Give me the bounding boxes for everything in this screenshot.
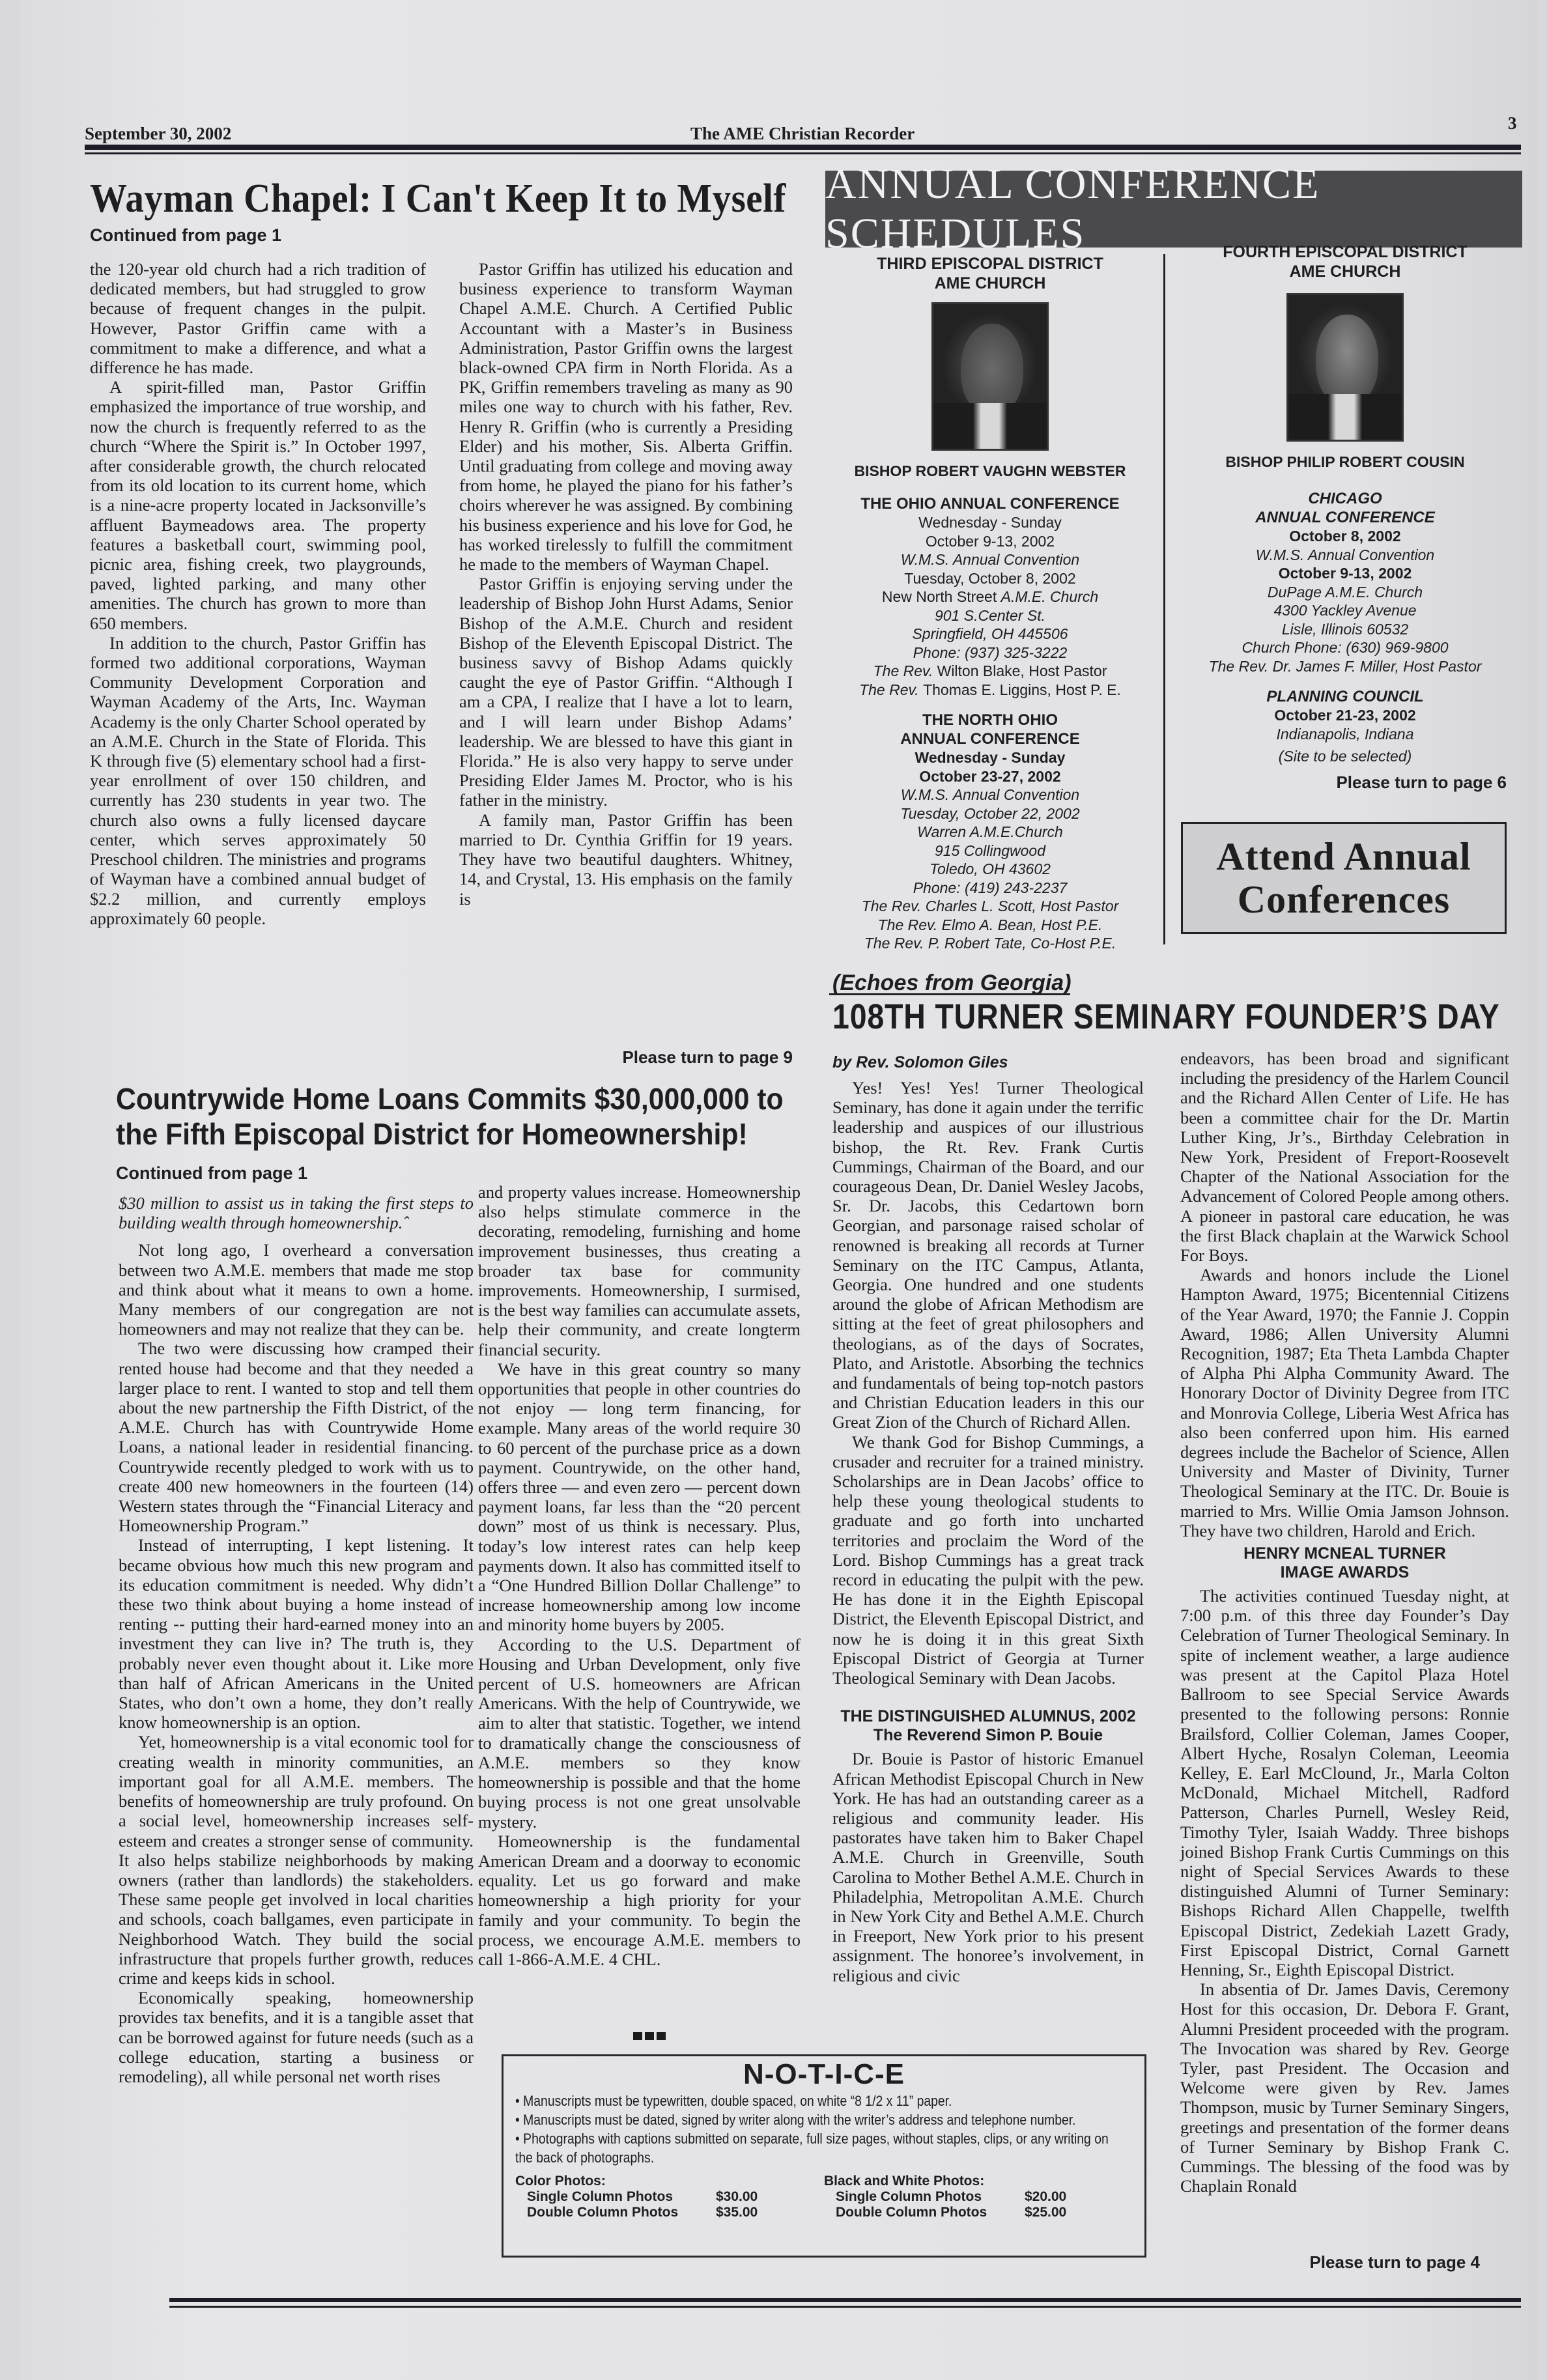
wms-date: Tuesday, October 22, 2002 bbox=[827, 804, 1153, 823]
issue-date: September 30, 2002 bbox=[85, 124, 231, 144]
bishop-cousin-photo bbox=[1286, 293, 1404, 442]
paragraph: Not long ago, I overheard a conversation… bbox=[119, 1240, 474, 1339]
masthead-rule bbox=[85, 145, 1521, 150]
host-pastor: The Rev. Wilton Blake, Host Pastor bbox=[827, 662, 1153, 681]
wayman-headline: Wayman Chapel: I Can't Keep It to Myself bbox=[90, 176, 786, 222]
paragraph: The activities continued Tuesday night, … bbox=[1180, 1586, 1509, 1979]
photo-price-table: Color Photos: Single Column Photos$30.00… bbox=[515, 2174, 1133, 2220]
paragraph: In absentia of Dr. James Davis, Ceremony… bbox=[1180, 1979, 1509, 2196]
host-church: New North Street A.M.E. Church bbox=[827, 588, 1153, 606]
conference-jump-link: Please turn to page 6 bbox=[1176, 772, 1514, 793]
notice-title: N-O-T-I-C-E bbox=[515, 2059, 1133, 2090]
paragraph: Homeownership is the fundamental America… bbox=[478, 1832, 801, 1969]
district-church: AME CHURCH bbox=[827, 274, 1153, 293]
host-church: DuPage A.M.E. Church bbox=[1176, 583, 1514, 602]
wms-label: W.M.S. Annual Convention bbox=[827, 550, 1153, 569]
wayman-column-1: the 120-year old church had a rich tradi… bbox=[90, 259, 426, 928]
bw-photo-prices: Black and White Photos: Single Column Ph… bbox=[824, 2174, 1133, 2220]
lede: $30 million to assist us in taking the f… bbox=[119, 1193, 474, 1232]
turner-jump-link: Please turn to page 4 bbox=[1180, 2252, 1480, 2273]
paragraph: Dr. Bouie is Pastor of historic Emanuel … bbox=[832, 1749, 1144, 1985]
church-phone: Church Phone: (630) 969-9800 bbox=[1176, 638, 1514, 657]
turner-headline: 108TH TURNER SEMINARY FOUNDER’S DAY bbox=[832, 997, 1499, 1037]
conference-dates: October 8, 2002 bbox=[1176, 527, 1514, 546]
fourth-district-column: FOURTH EPISCOPAL DISTRICT AME CHURCH BIS… bbox=[1176, 242, 1514, 793]
newspaper-page: September 30, 2002 The AME Christian Rec… bbox=[20, 0, 1537, 2380]
attend-conferences-box: Attend Annual Conferences bbox=[1181, 822, 1507, 934]
wayman-continued: Continued from page 1 bbox=[90, 225, 281, 246]
turner-kicker: (Echoes from Georgia) bbox=[832, 970, 1072, 996]
planning-council-name: PLANNING COUNCIL bbox=[1176, 687, 1514, 706]
district-church: AME CHURCH bbox=[1176, 262, 1514, 281]
paragraph: Awards and honors include the Lionel Ham… bbox=[1180, 1265, 1509, 1540]
paragraph: We thank God for Bishop Cummings, a crus… bbox=[832, 1432, 1144, 1688]
conference-name: ANNUAL CONFERENCE bbox=[827, 730, 1153, 748]
awards-heading: HENRY MCNEAL TURNER bbox=[1180, 1544, 1509, 1563]
church-city: Toledo, OH 43602 bbox=[827, 860, 1153, 879]
district-name: FOURTH EPISCOPAL DISTRICT bbox=[1176, 242, 1514, 262]
paragraph: According to the U.S. Department of Hous… bbox=[478, 1635, 801, 1832]
paragraph: We have in this great country so many op… bbox=[478, 1359, 801, 1635]
paragraph: Instead of interrupting, I kept listenin… bbox=[119, 1535, 474, 1732]
conference-name: ANNUAL CONFERENCE bbox=[1176, 508, 1514, 527]
conference-dates: October 23-27, 2002 bbox=[827, 767, 1153, 786]
paragraph: Economically speaking, homeownership pro… bbox=[119, 1988, 474, 2086]
awards-heading: IMAGE AWARDS bbox=[1180, 1563, 1509, 1582]
conference-name: THE OHIO ANNUAL CONFERENCE bbox=[827, 494, 1153, 513]
church-address: 901 S.Center St. bbox=[827, 606, 1153, 625]
turner-column-2: endeavors, has been broad and significan… bbox=[1180, 1049, 1509, 2196]
turner-byline: by Rev. Solomon Giles bbox=[832, 1053, 1008, 1072]
notice-bullet: • Manuscripts must be dated, signed by w… bbox=[515, 2110, 1129, 2129]
countrywide-column-1: $30 million to assist us in taking the f… bbox=[119, 1193, 474, 2086]
countrywide-continued: Continued from page 1 bbox=[116, 1163, 307, 1183]
turner-column-1: Yes! Yes! Yes! Turner Theological Semina… bbox=[832, 1078, 1144, 1985]
church-phone: Phone: (937) 325-3222 bbox=[827, 644, 1153, 662]
third-district-column: THIRD EPISCOPAL DISTRICT AME CHURCH BISH… bbox=[827, 254, 1153, 953]
host-church: Warren A.M.E.Church bbox=[827, 823, 1153, 842]
footer-rule-thin bbox=[169, 2306, 1521, 2308]
alumnus-name: The Reverend Simon P. Bouie bbox=[832, 1726, 1144, 1745]
conference-dates: October 9-13, 2002 bbox=[827, 532, 1153, 551]
countrywide-headline: Countrywide Home Loans Commits $30,000,0… bbox=[116, 1081, 784, 1152]
wayman-column-2: Pastor Griffin has utilized his educatio… bbox=[459, 259, 793, 909]
conference-days: Wednesday - Sunday bbox=[827, 748, 1153, 767]
color-photo-prices: Color Photos: Single Column Photos$30.00… bbox=[515, 2174, 824, 2220]
church-phone: Phone: (419) 243-2237 bbox=[827, 879, 1153, 898]
wms-date: October 9-13, 2002 bbox=[1176, 564, 1514, 583]
paragraph: endeavors, has been broad and significan… bbox=[1180, 1049, 1509, 1265]
bishop-name: BISHOP PHILIP ROBERT COUSIN bbox=[1176, 453, 1514, 471]
countrywide-column-2: and property values increase. Homeowners… bbox=[478, 1182, 801, 1969]
bishop-name: BISHOP ROBERT VAUGHN WEBSTER bbox=[827, 462, 1153, 480]
conference-days: Wednesday - Sunday bbox=[827, 513, 1153, 532]
conference-name: CHICAGO bbox=[1176, 489, 1514, 508]
planning-dates: October 21-23, 2002 bbox=[1176, 706, 1514, 725]
host-pastor: The Rev. Dr. James F. Miller, Host Pasto… bbox=[1176, 657, 1514, 676]
conference-banner: ANNUAL CONFERENCE SCHEDULES bbox=[825, 171, 1522, 248]
attend-line-1: Attend Annual bbox=[1216, 835, 1471, 878]
paragraph: Pastor Griffin has utilized his educatio… bbox=[459, 259, 793, 574]
paragraph: A family man, Pastor Griffin has been ma… bbox=[459, 810, 793, 909]
paragraph: Yes! Yes! Yes! Turner Theological Semina… bbox=[832, 1078, 1144, 1432]
paragraph: Pastor Griffin is enjoying serving under… bbox=[459, 574, 793, 810]
conference-name: THE NORTH OHIO bbox=[827, 711, 1153, 730]
kicker-rule bbox=[829, 993, 1070, 995]
paragraph: The two were discussing how cramped thei… bbox=[119, 1339, 474, 1535]
host-pastor: The Rev. Charles L. Scott, Host Pastor bbox=[827, 897, 1153, 916]
attend-line-2: Conferences bbox=[1238, 878, 1450, 921]
co-host-pe: The Rev. P. Robert Tate, Co-Host P.E. bbox=[827, 934, 1153, 953]
district-name: THIRD EPISCOPAL DISTRICT bbox=[827, 254, 1153, 274]
planning-city: Indianapolis, Indiana bbox=[1176, 725, 1514, 744]
wms-label: W.M.S. Annual Convention bbox=[1176, 546, 1514, 565]
host-pe: The Rev. Elmo A. Bean, Host P.E. bbox=[827, 916, 1153, 935]
publication-title: The AME Christian Recorder bbox=[690, 124, 915, 144]
paragraph: Yet, homeownership is a vital economic t… bbox=[119, 1732, 474, 1988]
notice-box: N-O-T-I-C-E • Manuscripts must be typewr… bbox=[502, 2054, 1146, 2258]
wayman-jump-link: Please turn to page 9 bbox=[459, 1047, 793, 1068]
alumnus-heading: THE DISTINGUISHED ALUMNUS, 2002 bbox=[832, 1707, 1144, 1726]
bishop-webster-photo bbox=[931, 302, 1049, 451]
paragraph: A spirit-filled man, Pastor Griffin emph… bbox=[90, 377, 426, 633]
wms-label: W.M.S. Annual Convention bbox=[827, 786, 1153, 804]
column-divider bbox=[1163, 254, 1165, 944]
church-address: 4300 Yackley Avenue bbox=[1176, 601, 1514, 620]
notice-bullet: • Photographs with captions submitted on… bbox=[515, 2129, 1129, 2167]
notice-bullet: • Manuscripts must be typewritten, doubl… bbox=[515, 2091, 1129, 2110]
wms-date: Tuesday, October 8, 2002 bbox=[827, 569, 1153, 588]
end-of-article-marker bbox=[633, 2032, 666, 2040]
masthead-rule-thin bbox=[85, 152, 1521, 154]
church-address: 915 Collingwood bbox=[827, 842, 1153, 860]
paragraph: In addition to the church, Pastor Griffi… bbox=[90, 633, 426, 928]
planning-site: (Site to be selected) bbox=[1176, 747, 1514, 766]
church-city: Lisle, Illinois 60532 bbox=[1176, 620, 1514, 639]
church-city: Springfield, OH 445506 bbox=[827, 625, 1153, 644]
page-number: 3 bbox=[1508, 113, 1517, 134]
paragraph: and property values increase. Homeowners… bbox=[478, 1182, 801, 1359]
footer-rule bbox=[169, 2298, 1521, 2302]
host-pe: The Rev. Thomas E. Liggins, Host P. E. bbox=[827, 681, 1153, 700]
paragraph: the 120-year old church had a rich tradi… bbox=[90, 259, 426, 377]
